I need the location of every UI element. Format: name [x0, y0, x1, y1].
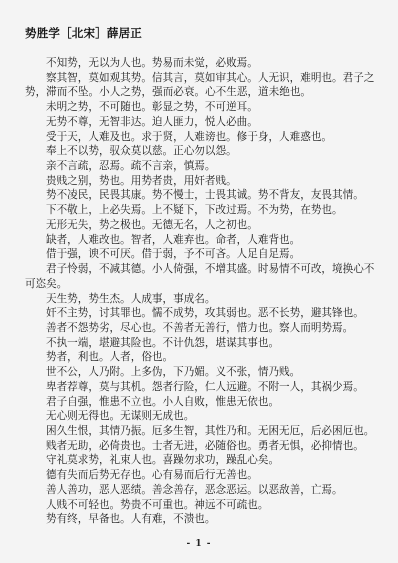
paragraph: 奉上不以势，驭众莫以慈。正心勿以怨。	[25, 144, 375, 159]
paragraph: 世不公，人乃附。上多伪，下乃媚。义不张，情乃贱。	[25, 365, 375, 380]
paragraph: 缺者，人难改也。智者，人难弃也。命者，人难背也。	[25, 233, 375, 248]
paragraph: 借于强，谀不可厌。借于弱，予不可吝。人足自足焉。	[25, 247, 375, 262]
paragraph: 君子怜弱，不减其德。小人倚强，不增其盛。时易情不可改，境换心不可恣矣。	[25, 262, 375, 291]
paragraph: 无势不尊，无智非达。迫人匪力，悦人必曲。	[25, 115, 375, 130]
paragraph: 无形无失，势之极也。无德无名，人之初也。	[25, 218, 375, 233]
paragraph: 无心则无得也。无谋则无成也。	[25, 409, 375, 424]
paragraph: 势有终，早备也。人有难，不溃也。	[25, 512, 375, 527]
paragraph: 察其智，莫如观其势。信其言，莫如审其心。人无识，难明也。君子之势，滞而不坠。小人…	[25, 71, 375, 100]
paragraph: 亲不言疏，忍焉。疏不言亲，慎焉。	[25, 159, 375, 174]
paragraph: 势者，利也。人者，俗也。	[25, 350, 375, 365]
paragraph: 善人善功，恶人恶绩。善念善存，恶念恶运。以恶敌善，亡焉。	[25, 483, 375, 498]
paragraph: 贱者无助，必倚贵也。士者无进，必随俗也。勇者无惧，必抑情也。	[25, 439, 375, 454]
paragraph: 君子自强，惟患不立也。小人自败，惟患无依也。	[25, 395, 375, 410]
paragraph: 天生势，势生杰。人成事，事成名。	[25, 292, 375, 307]
paragraph: 下不敬上，上必失焉。上不疑下，下改过焉。不为势，在势也。	[25, 203, 375, 218]
paragraph: 奸不主势，讨其罪也。懦不成势，攻其弱也。恶不长势，避其锋也。	[25, 306, 375, 321]
paragraph: 未明之势，不可随也。彰显之势，不可逆耳。	[25, 100, 375, 115]
paragraph: 不知势，无以为人也。势易而未觉，必败焉。	[25, 56, 375, 71]
document-page: 势胜学［北宋］薛居正 不知势，无以为人也。势易而未觉，必败焉。 察其智，莫如观其…	[0, 0, 398, 563]
page-number: - 1 -	[0, 539, 398, 549]
document-body: 不知势，无以为人也。势易而未觉，必败焉。 察其智，莫如观其势。信其言，莫如审其心…	[25, 56, 375, 527]
paragraph: 困久生恨，其情乃振。厄多生智，其性乃和。无困无厄，后必困厄也。	[25, 424, 375, 439]
paragraph: 守礼莫求势，礼束人也。喜躁勿求功，躁乱心矣。	[25, 453, 375, 468]
paragraph: 人贱不可轻也。势贵不可重也。神远不可疏也。	[25, 498, 375, 513]
paragraph: 势不凌民，民畏其康。势不慢士，士畏其诚。势不背友，友畏其情。	[25, 188, 375, 203]
document-title: 势胜学［北宋］薛居正	[25, 25, 142, 41]
paragraph: 善者不怨势劣，尽心也。不善者无善行，惜力也。察人而明势焉。	[25, 321, 375, 336]
paragraph: 德有失而后势无存也。心有易而后行无善也。	[25, 468, 375, 483]
paragraph: 受于天，人难及也。求于贤，人难谤也。修于身，人难惑也。	[25, 130, 375, 145]
paragraph: 贵贱之别，势也。用势者贵，用奸者贱。	[25, 174, 375, 189]
paragraph: 卑者荐尊，莫与其机。怨者行险，仁人远避。不附一人，其祸少焉。	[25, 380, 375, 395]
paragraph: 不执一端，堪避其险也。不计仇怨，堪谋其事也。	[25, 336, 375, 351]
